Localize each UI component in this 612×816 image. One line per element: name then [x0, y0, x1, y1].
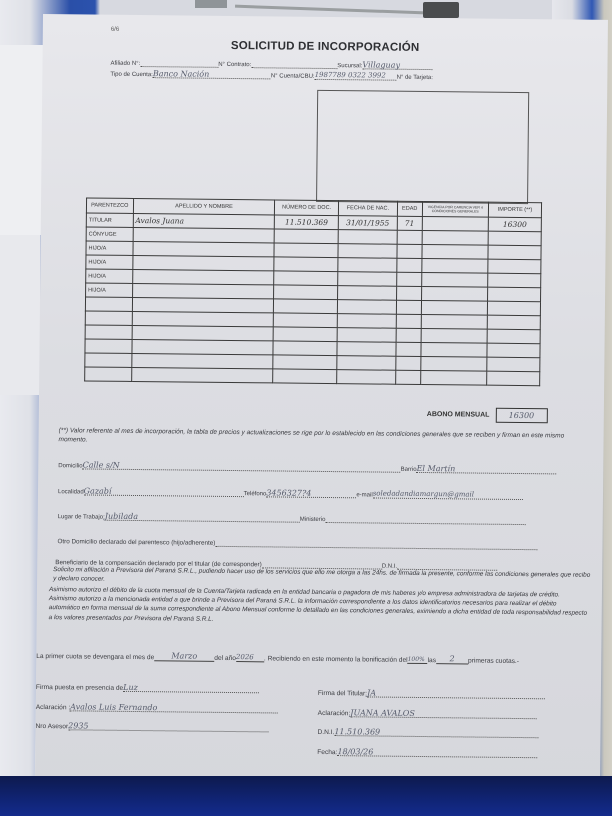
cell-vigencia[interactable] — [422, 216, 489, 231]
col-nombre: APELLIDO Y NOMBRE — [133, 198, 275, 214]
cell-nombre[interactable] — [132, 255, 274, 270]
presencia-label: Firma puesta en presencia de — [36, 684, 123, 692]
cell-parentezco: HIJO/A — [86, 241, 133, 255]
firma-titular-label: Firma del Titular: — [318, 690, 367, 698]
col-edad: EDAD — [397, 201, 422, 216]
contrato-field[interactable] — [251, 59, 337, 69]
aclaracion-left-row: Aclaración : Avalos Luis Fernando — [36, 702, 279, 714]
fecha-row: Fecha: 18/03/26 — [317, 747, 537, 758]
aclaracion-left-field[interactable]: Avalos Luis Fernando — [70, 702, 278, 713]
otro-domicilio-row: Otro Domicilio declarado del parentesco … — [57, 536, 537, 550]
mes-field[interactable]: Marzo — [154, 651, 214, 662]
ministerio-label: Ministerio — [300, 517, 326, 523]
afiliado-label: Afiliado N°: — [110, 61, 140, 67]
cell-fecha-nac[interactable] — [337, 370, 396, 385]
cell-importe[interactable] — [487, 315, 540, 330]
cell-nombre[interactable] — [133, 227, 275, 242]
col-vigencia: VIGENCIA POR CARENCIA VER 4 CONDICIONES … — [422, 201, 489, 217]
cell-parentezco — [85, 297, 132, 311]
cell-doc[interactable] — [274, 299, 338, 314]
cell-edad[interactable] — [397, 244, 422, 258]
cell-parentezco — [85, 367, 132, 381]
cell-edad[interactable] — [396, 356, 421, 370]
cell-fecha-nac[interactable] — [337, 328, 396, 343]
cell-vigencia[interactable] — [420, 356, 487, 371]
bonificacion-field[interactable]: 100% — [408, 656, 428, 664]
card-number-box[interactable] — [316, 90, 529, 204]
cell-doc[interactable]: 11.510.369 — [275, 215, 339, 230]
localidad-row: Localidad Gazabí Teléfono 3456327?4 e-ma… — [58, 486, 523, 500]
cell-parentezco: TITULAR — [86, 213, 133, 227]
cell-edad[interactable] — [397, 258, 422, 272]
cell-doc[interactable] — [273, 369, 337, 384]
cell-importe[interactable] — [487, 343, 540, 358]
members-table: PARENTEZCO APELLIDO Y NOMBRE NÚMERO DE D… — [84, 197, 542, 386]
col-importe: IMPORTE (**) — [488, 202, 541, 218]
abono-mensual-label: ABONO MENSUAL — [427, 411, 490, 419]
abono-mensual: ABONO MENSUAL 16300 — [427, 407, 548, 423]
cell-vigencia[interactable] — [421, 244, 488, 259]
domicilio-field[interactable]: Calle s/N — [83, 460, 401, 472]
cell-vigencia[interactable] — [421, 314, 488, 329]
cell-vigencia[interactable] — [421, 272, 488, 287]
cell-fecha-nac[interactable] — [337, 342, 396, 357]
localidad-label: Localidad — [58, 489, 84, 495]
cell-vigencia[interactable] — [420, 370, 487, 385]
firma-titular-row: Firma del Titular: JA — [318, 688, 545, 699]
cell-doc[interactable] — [274, 243, 338, 258]
afiliado-field[interactable] — [140, 58, 218, 68]
cell-nombre[interactable] — [132, 297, 274, 312]
cell-vigencia[interactable] — [420, 342, 487, 357]
dni-field[interactable]: 11.510.369 — [334, 727, 538, 738]
anio-label: del año — [214, 655, 236, 662]
cell-edad[interactable]: 71 — [397, 216, 422, 230]
clip-clamp — [423, 2, 459, 18]
cell-doc[interactable] — [273, 327, 337, 342]
abono-mensual-value[interactable]: 16300 — [495, 408, 547, 424]
cell-nombre[interactable] — [133, 241, 275, 256]
cell-importe[interactable] — [488, 259, 541, 274]
cell-vigencia[interactable] — [421, 286, 488, 301]
cell-fecha-nac[interactable] — [338, 272, 397, 287]
cell-fecha-nac[interactable] — [338, 230, 397, 245]
trabajo-row: Lugar de Trabajo: Jubilada Ministerio — [58, 511, 526, 525]
background-sheet — [0, 235, 40, 395]
presencia-row: Firma puesta en presencia de Luz — [36, 682, 259, 693]
cell-parentezco — [85, 325, 132, 339]
sucursal-label: Sucursal: — [337, 63, 362, 69]
cell-vigencia[interactable] — [421, 328, 488, 343]
cell-importe[interactable] — [487, 357, 540, 372]
cell-nombre[interactable] — [132, 339, 274, 354]
cell-edad[interactable] — [396, 328, 421, 342]
cell-fecha-nac[interactable] — [337, 314, 396, 329]
aclaracion-left-label: Aclaración : — [36, 704, 71, 711]
bonificacion-label: . Recibiendo en este momento la bonifica… — [264, 655, 408, 664]
cuenta-cbu-label: N° Cuenta/CBU: — [271, 73, 315, 79]
cell-edad[interactable] — [397, 230, 422, 244]
cell-importe[interactable] — [487, 371, 540, 386]
cell-parentezco: HIJO/A — [86, 269, 133, 283]
cell-importe[interactable] — [488, 273, 541, 288]
barrio-field[interactable]: El Martín — [417, 464, 557, 474]
first-payment-text: La primer cuota se devengara el mes de — [36, 653, 154, 661]
dni-label: D.N.I. — [317, 729, 334, 736]
asesor-row: Nro Asesor 2935 — [36, 721, 269, 732]
cell-parentezco — [85, 339, 132, 353]
price-note: (**) Valor referente al mes de incorpora… — [58, 426, 578, 449]
cell-importe[interactable] — [488, 231, 541, 246]
cell-edad[interactable] — [396, 314, 421, 328]
asesor-label: Nro Asesor — [36, 723, 69, 730]
cell-doc[interactable] — [273, 341, 337, 356]
cuotas-field[interactable]: 2 — [436, 654, 468, 664]
cell-edad[interactable] — [396, 370, 421, 384]
cell-edad[interactable] — [396, 300, 421, 314]
cell-edad[interactable] — [397, 272, 422, 286]
cell-parentezco: HIJO/A — [86, 283, 133, 297]
cell-doc[interactable] — [274, 285, 338, 300]
cell-edad[interactable] — [396, 286, 421, 300]
cell-vigencia[interactable] — [421, 300, 488, 315]
aclaracion-right-field[interactable]: JUANA AVALOS — [350, 708, 536, 719]
header-row-2: Tipo de Cuenta: Banco Nación N° Cuenta/C… — [110, 69, 433, 81]
cell-fecha-nac[interactable] — [337, 300, 396, 315]
cell-doc[interactable] — [274, 257, 338, 272]
cell-importe[interactable] — [488, 287, 541, 302]
firma-titular-field[interactable]: JA — [367, 688, 545, 699]
cell-nombre[interactable] — [131, 353, 273, 368]
cuenta-cbu-field[interactable]: 1987789 0322 3992 — [315, 71, 397, 81]
aclaracion-right-label: Aclaración: — [318, 710, 351, 717]
cell-nombre[interactable] — [131, 367, 273, 382]
autorizacion-paragraph: Asimismo autorizo el débito de la cuota … — [49, 585, 589, 627]
cell-importe[interactable]: 16300 — [488, 217, 541, 232]
asesor-field[interactable]: 2935 — [68, 721, 268, 732]
otro-domicilio-label: Otro Domicilio declarado del parentesco … — [57, 538, 215, 547]
localidad-field[interactable]: Gazabí — [84, 486, 244, 497]
cell-parentezco — [85, 353, 132, 367]
telefono-field[interactable]: 3456327?4 — [266, 488, 356, 498]
cell-edad[interactable] — [396, 342, 421, 356]
cell-fecha-nac[interactable] — [337, 356, 396, 371]
lugar-trabajo-label: Lugar de Trabajo: — [58, 514, 105, 520]
cell-fecha-nac[interactable]: 31/01/1955 — [338, 216, 397, 231]
fecha-label: Fecha: — [317, 749, 337, 756]
presencia-field[interactable]: Luz — [123, 683, 259, 693]
col-parentezco: PARENTEZCO — [86, 198, 133, 213]
fecha-field[interactable]: 18/03/26 — [337, 747, 537, 758]
cell-doc[interactable] — [274, 229, 338, 244]
anio-field[interactable]: 2026 — [236, 653, 264, 662]
background-sheet — [0, 45, 46, 235]
sucursal-field[interactable]: Villaguay — [362, 60, 432, 70]
ministerio-field[interactable] — [325, 514, 525, 525]
cell-importe[interactable] — [487, 329, 540, 344]
domicilio-row: Domicilio Calle s/N Barrio El Martín — [58, 460, 556, 474]
application-form-sheet: 6/6 SOLICITUD DE INCORPORACIÓN Afiliado … — [35, 14, 608, 800]
cell-parentezco — [85, 311, 132, 325]
cell-parentezco: CÓNYUGE — [86, 227, 133, 241]
cell-vigencia[interactable] — [421, 258, 488, 273]
cell-parentezco: HIJO/A — [86, 255, 133, 269]
dni-row: D.N.I. 11.510.369 — [317, 727, 538, 738]
cell-importe[interactable] — [487, 301, 540, 316]
cuotas-label: las — [428, 657, 437, 664]
tipo-cuenta-field[interactable]: Banco Nación — [153, 69, 271, 79]
cell-doc[interactable] — [274, 271, 338, 286]
first-payment-row: La primer cuota se devengara el mes de M… — [36, 650, 519, 665]
form-title: SOLICITUD DE INCORPORACIÓN — [43, 38, 608, 56]
col-doc: NÚMERO DE DOC. — [275, 200, 339, 216]
cell-nombre[interactable]: Avalos Juana — [133, 213, 275, 228]
cell-importe[interactable] — [488, 245, 541, 260]
clipboard-bottom-edge — [0, 776, 612, 816]
cell-nombre[interactable] — [132, 283, 274, 298]
cell-doc[interactable] — [273, 355, 337, 370]
primeras-cuotas-label: primeras cuotas.- — [468, 657, 519, 665]
cell-nombre[interactable] — [132, 311, 274, 326]
telefono-label: Teléfono — [244, 491, 267, 497]
clipboard-clip — [195, 0, 465, 20]
otro-domicilio-field[interactable] — [215, 538, 537, 550]
cell-nombre[interactable] — [132, 269, 274, 284]
tipo-cuenta-label: Tipo de Cuenta: — [110, 72, 153, 78]
contrato-label: N° Contrato: — [218, 62, 251, 68]
clip-hinge — [195, 0, 227, 8]
email-label: e-mail — [356, 492, 372, 498]
tarjeta-label: N° de Tarjeta: — [397, 75, 433, 81]
cell-nombre[interactable] — [132, 325, 274, 340]
cell-fecha-nac[interactable] — [338, 258, 397, 273]
cell-doc[interactable] — [274, 313, 338, 328]
cell-fecha-nac[interactable] — [338, 244, 397, 259]
clip-wire — [235, 5, 425, 15]
col-fecha-nac: FECHA DE NAC. — [338, 201, 397, 217]
aclaracion-right-row: Aclaración: JUANA AVALOS — [318, 708, 537, 719]
lugar-trabajo-field[interactable]: Jubilada — [105, 512, 300, 523]
barrio-label: Barrio — [401, 467, 417, 473]
email-field[interactable]: soledadandiamargun@gmail — [373, 489, 523, 500]
cell-fecha-nac[interactable] — [337, 286, 396, 301]
domicilio-label: Domicilio — [58, 463, 82, 469]
cell-vigencia[interactable] — [422, 230, 489, 245]
page-number: 6/6 — [111, 27, 119, 33]
